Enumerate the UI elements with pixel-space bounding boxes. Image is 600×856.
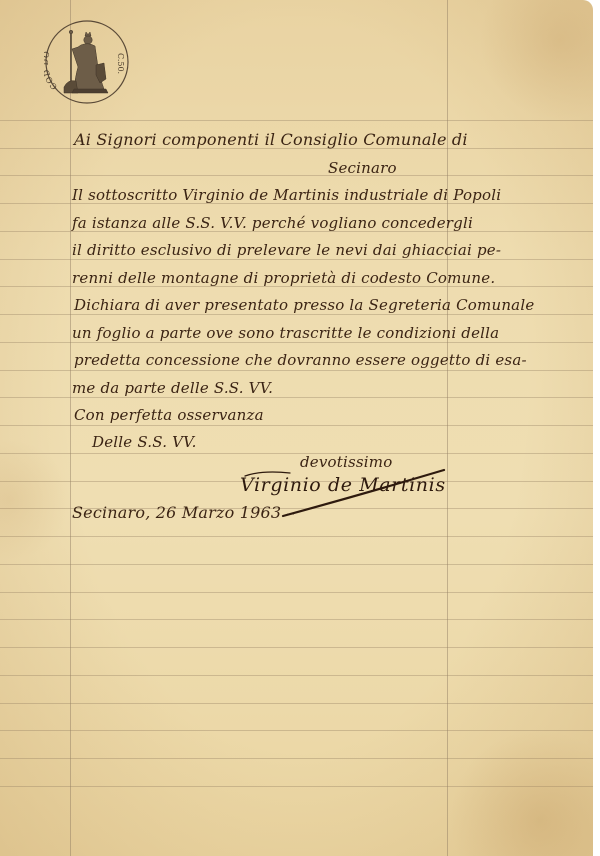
closing-address: Delle S.S. VV. — [92, 432, 197, 452]
right-margin-rule — [447, 0, 448, 856]
ruled-line — [0, 536, 593, 537]
body-line: predetta concessione che dovranno essere… — [74, 350, 527, 370]
body-line: fa istanza alle S.S. V.V. perché voglian… — [72, 213, 473, 233]
ruled-line — [0, 786, 593, 787]
ruled-line — [0, 453, 593, 454]
signature: Virginio de Martinis — [240, 475, 446, 495]
body-line: Il sottoscritto Virginio de Martinis ind… — [72, 185, 501, 205]
ruled-line — [0, 120, 593, 121]
body-line: Dichiara di aver presentato presso la Se… — [74, 295, 534, 315]
ruled-line — [0, 370, 593, 371]
left-margin-rule — [70, 0, 71, 856]
svg-text:COD DO: COD DO — [44, 50, 59, 91]
stamp-right-text: C.50. — [116, 53, 125, 74]
ruled-line — [0, 730, 593, 731]
letter-page: COD DO C.50. Ai Signori componenti il Co… — [0, 0, 593, 856]
body-line: il diritto esclusivo di prelevare le nev… — [72, 240, 501, 260]
ruled-line — [0, 175, 593, 176]
devotissimo-text: devotissimo — [300, 452, 392, 472]
body-line: renni delle montagne di proprietà di cod… — [72, 268, 495, 288]
stamp-left-text: COD DO — [44, 50, 59, 91]
ruled-line — [0, 425, 593, 426]
body-line: me da parte delle S.S. VV. — [72, 378, 273, 398]
ruled-line — [0, 703, 593, 704]
closing-line: Con perfetta osservanza — [74, 405, 264, 425]
ruled-line — [0, 564, 593, 565]
ruled-line — [0, 619, 593, 620]
body-line: un foglio a parte ove sono trascritte le… — [72, 323, 499, 343]
signature-underline — [0, 0, 593, 856]
addressee-town: Secinaro — [328, 158, 397, 178]
ruled-line — [0, 675, 593, 676]
place-date: Secinaro, 26 Marzo 1963 – — [72, 503, 295, 523]
ruled-line — [0, 592, 593, 593]
salutation: Ai Signori componenti il Consiglio Comun… — [74, 130, 468, 150]
ruled-line — [0, 758, 593, 759]
ruled-line — [0, 647, 593, 648]
revenue-stamp-icon: COD DO C.50. — [44, 19, 130, 105]
